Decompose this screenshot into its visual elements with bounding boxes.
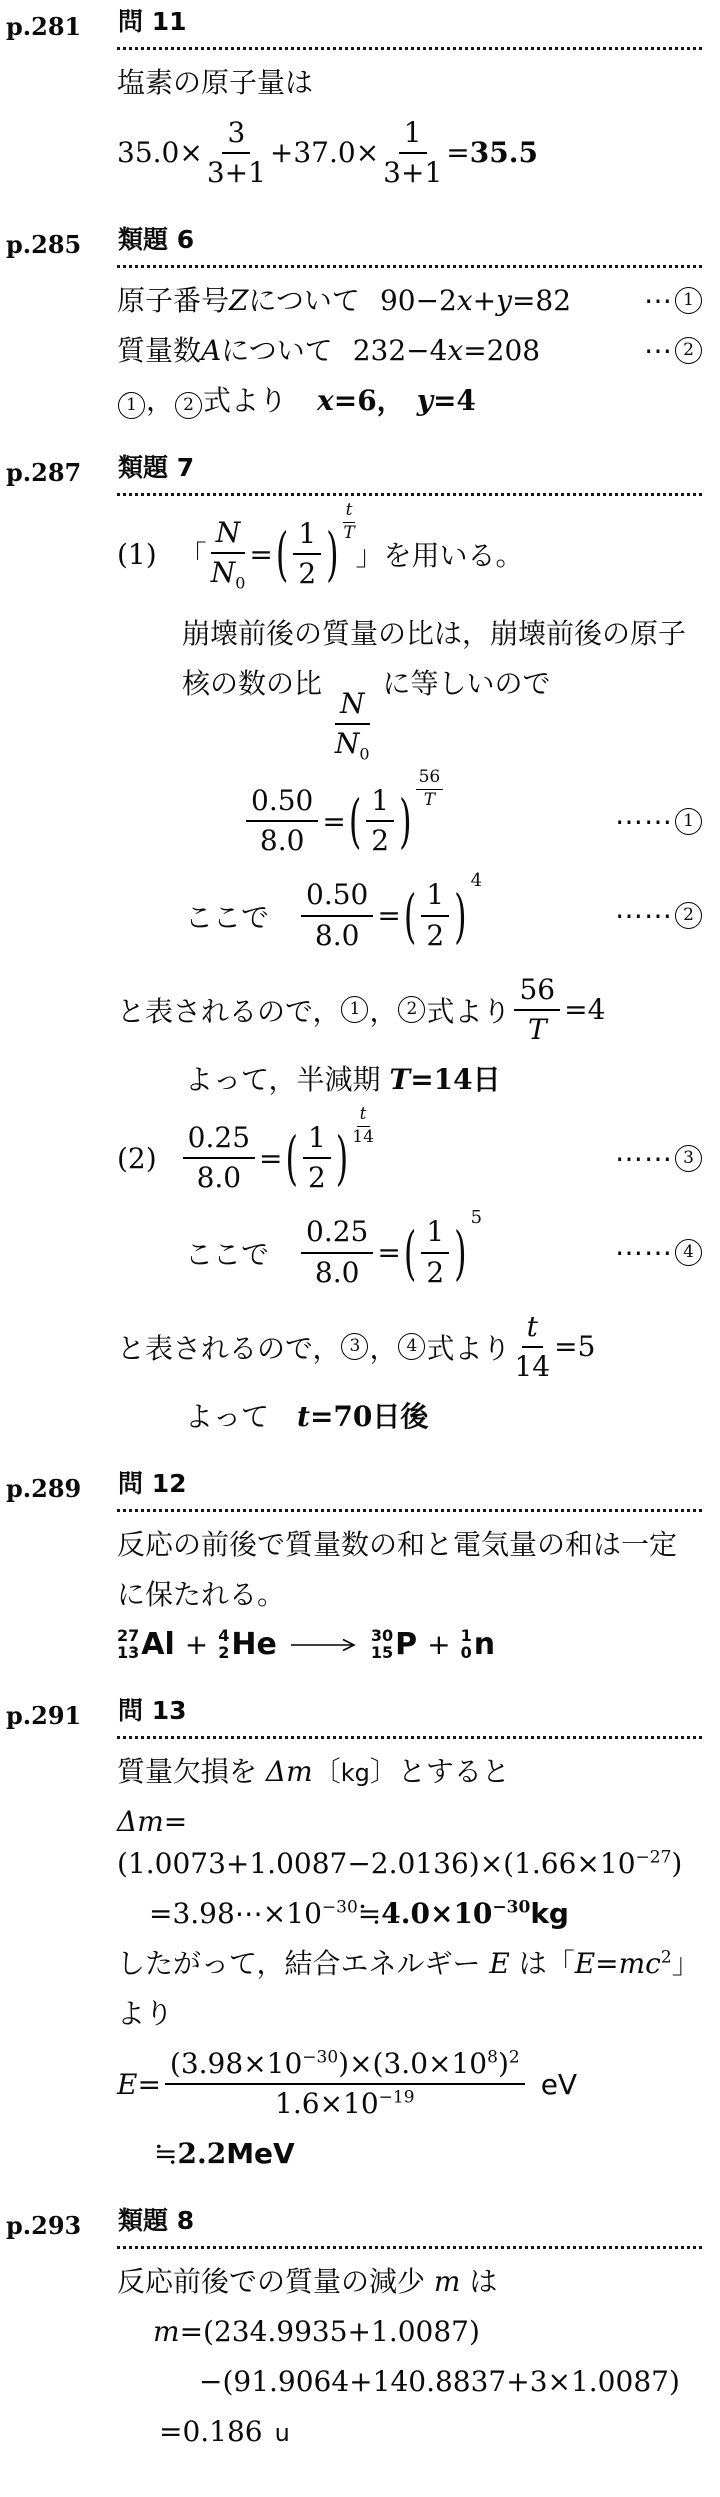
math-term: =5 (554, 1330, 595, 1363)
solution-text: 核の数の比 NN0 に等しいので (182, 663, 702, 764)
denominator: T (528, 1011, 547, 1047)
conclusion-row: 1 ， 2 式より x =6， y =4 (117, 380, 702, 422)
denominator: 8.0 (260, 822, 305, 858)
variable: Δm (117, 1805, 164, 1838)
math-term: =(1.0073+1.0087−2.0136)×(1.66×10 (117, 1805, 636, 1880)
variable: m (153, 2315, 180, 2348)
numerator: 0.25 (301, 1215, 373, 1253)
fraction: 0.25 8.0 (301, 1215, 373, 1289)
denominator: 2 (426, 1254, 444, 1290)
math-term: =82 (512, 280, 571, 322)
circled-number: 4 (398, 1333, 425, 1360)
numerator: N (211, 516, 246, 554)
denominator: 3+1 (383, 154, 442, 190)
denominator: 14 (352, 1127, 374, 1148)
section-p291: p.291 問 13 質量欠損を Δm〔kg〕とすると Δm=(1.0073+1… (0, 1697, 712, 2183)
numerator: 1 (421, 878, 449, 916)
leader-dots: ⋯⋯ (615, 805, 673, 838)
answer-unit: 日 (473, 1063, 501, 1096)
leader-dots: ⋯⋯ (615, 899, 673, 932)
jp-text: と表されるので， (117, 1327, 340, 1367)
fraction: t 14 (514, 1310, 550, 1384)
answer-value: =70 (310, 1400, 372, 1433)
math-line: −(91.9064+140.8837+3×1.0087) (199, 2361, 702, 2403)
jp-text: について (221, 330, 332, 372)
element-symbol: He (231, 1628, 276, 1661)
numerator: 0.50 (301, 878, 373, 916)
math-term: ) (498, 2047, 509, 2080)
numerator: t (357, 1105, 370, 1127)
jp-text: 〔 (313, 1755, 341, 1788)
plus-sign: + (427, 1628, 450, 1661)
math-term: 35.0× (117, 136, 203, 169)
fraction: 1 2 (421, 878, 449, 952)
problem-title: 類題 7 (117, 454, 702, 496)
nuclide-numbers: 27 13 (117, 1628, 139, 1662)
jp-text: ， (146, 380, 174, 422)
answer-unit: MeV (226, 2137, 295, 2170)
variable: x (457, 280, 473, 322)
jp-text: に等しいので (374, 667, 551, 700)
equation-number: ⋯⋯ 4 (615, 1236, 702, 1269)
section-body: 類題 6 原子番号 Z について 90−2 x + y =82 ⋯ 1 (117, 226, 712, 430)
fraction: 0.50 8.0 (246, 784, 318, 858)
solutions-page: p.281 問 11 塩素の原子量は 35.0× 3 3+1 +37.0× 1 … (0, 0, 720, 2497)
problem-title: 問 13 (117, 1697, 702, 1739)
atomic-number: 13 (117, 1645, 139, 1662)
approx-sign: ≒ (358, 1897, 381, 1930)
left-paren: ( (403, 1224, 417, 1282)
reaction-arrow-icon (291, 1638, 357, 1652)
unit: eV (541, 2068, 577, 2101)
leader-dots: ⋯⋯ (615, 1236, 673, 1269)
math-term: = (322, 805, 345, 838)
denominator: 1.6×10−19 (275, 2085, 415, 2121)
section-body: 類題 7 (1) 「 N N0 = ( 1 2 ) (117, 454, 712, 1446)
right-paren: ) (325, 525, 339, 583)
section-p285: p.285 類題 6 原子番号 Z について 90−2 x + y =82 ⋯ … (0, 226, 712, 430)
fraction: NN0 (335, 687, 370, 764)
power-expression: ( 1 2 ) 5 (403, 1215, 482, 1289)
jp-text: 〕とすると (370, 1755, 510, 1788)
denominator: N0 (211, 554, 246, 593)
fraction: 1 2 (366, 784, 394, 858)
variable: y (496, 280, 512, 322)
jp-text: したがって，結合エネルギー (117, 1947, 489, 1980)
exponent: 4 (471, 870, 482, 891)
power-expression: ( 1 2 ) 56 T (348, 784, 443, 858)
equation-row: 原子番号 Z について 90−2 x + y =82 ⋯ 1 (117, 280, 702, 322)
math-term: 232−4 (353, 330, 448, 372)
math-term: = (446, 136, 469, 169)
equation-number: ⋯⋯ 3 (615, 1142, 702, 1175)
page-ref: p.291 (0, 1697, 117, 2183)
subscript: 0 (235, 573, 245, 592)
nuclide-numbers: 30 15 (371, 1628, 393, 1662)
problem-title: 問 12 (117, 1470, 702, 1512)
mass-number: 4 (218, 1628, 229, 1645)
math-term: =0.186 (159, 2415, 263, 2448)
fraction: N N0 (211, 516, 246, 593)
numerator: (3.98×10−30)×(3.0×108)2 (165, 2047, 525, 2085)
denominator: T (424, 790, 435, 811)
jp-text: よって (185, 1400, 269, 1433)
left-paren: ( (275, 525, 289, 583)
jp-text: 式より (426, 990, 510, 1030)
exponent: 2 (509, 2048, 520, 2068)
variable: m (434, 2265, 461, 2298)
circled-number: 1 (675, 287, 702, 314)
jp-text: 式より (426, 1327, 510, 1367)
math-term: = (259, 1142, 282, 1175)
numerator: t (522, 1310, 543, 1348)
part-label: (2) (117, 1142, 157, 1175)
jp-text: は (460, 2265, 497, 2298)
left-paren: ( (284, 1129, 298, 1187)
nuclide-numbers: 4 2 (218, 1628, 229, 1662)
plus-sign: + (185, 1628, 208, 1661)
fraction: 1 2 (303, 1121, 331, 1195)
variable: x (447, 330, 463, 372)
section-body: 問 13 質量欠損を Δm〔kg〕とすると Δm=(1.0073+1.0087−… (117, 1697, 712, 2183)
math-term: (3.98×10 (170, 2047, 302, 2080)
answer-value: 2.2 (177, 2137, 226, 2170)
math-term: +37.0× (270, 136, 379, 169)
equation-left: 原子番号 Z について 90−2 x + y =82 (117, 280, 571, 322)
circled-number: 3 (341, 1333, 368, 1360)
equation-left: (2) 0.25 8.0 = ( 1 2 ) t (117, 1121, 374, 1195)
answer-row: よって，半減期 T=14日 (185, 1059, 702, 1101)
math-term: 90−2 (380, 280, 457, 322)
math-term: =4 (564, 993, 605, 1026)
math-line: =3.98⋯×10−30≒4.0×10−30kg (149, 1893, 702, 1935)
variable: mc (619, 1947, 661, 1980)
equation-row: (2) 0.25 8.0 = ( 1 2 ) t (117, 1121, 702, 1195)
variable: N (335, 727, 360, 760)
jp-text: 「 (179, 534, 207, 574)
leader-dots: ⋯ (644, 280, 673, 322)
numerator: 0.50 (246, 784, 318, 822)
fraction: 1 2 (293, 517, 321, 591)
equation-row: ここで 0.25 8.0 = ( 1 2 ) 5 (117, 1215, 702, 1289)
denominator: N0 (335, 725, 370, 764)
fraction: 1 3+1 (383, 116, 442, 190)
numerator: 1 (303, 1121, 331, 1159)
numerator: 3 (222, 116, 250, 154)
atomic-number: 0 (461, 1645, 472, 1662)
circled-number: 1 (118, 392, 145, 419)
solution-text: したがって，結合エネルギー E は「E=mc2」 (117, 1943, 702, 1985)
section-p287: p.287 類題 7 (1) 「 N N0 = ( 1 2 ) (0, 454, 712, 1446)
variable: A (201, 330, 221, 372)
solution-text: より (117, 1993, 702, 2035)
exponent: 8 (487, 2048, 498, 2068)
math-term: = (137, 2068, 160, 2101)
jp-text: ， (369, 1327, 397, 1367)
math-term: = (249, 538, 272, 571)
numerator: 1 (399, 116, 427, 154)
right-paren: ) (398, 792, 412, 850)
denominator: 2 (298, 555, 316, 591)
math-term: 1.6×10 (275, 2087, 379, 2120)
approx-sign: ≒ (154, 2137, 177, 2170)
solution-text: 崩壊前後の質量の比は，崩壊前後の原子 (182, 613, 702, 655)
page-ref: p.285 (0, 226, 117, 430)
unit: kg (341, 1759, 370, 1787)
nuclear-reaction-equation: 27 13 Al + 4 2 He 30 15 P (117, 1628, 702, 1662)
power-expression: ( 1 2 ) t T (275, 517, 356, 591)
jp-text: 核の数の比 (182, 667, 331, 700)
variable: E (489, 1947, 509, 1980)
variable: N (211, 556, 236, 589)
variable: Δm (266, 1755, 313, 1788)
solution-text: 塩素の原子量は (117, 62, 702, 104)
math-term: =208 (463, 330, 540, 372)
section-p293: p.293 類題 8 反応前後での質量の減少 m は m=(234.9935+1… (0, 2207, 712, 2461)
equation-left: 質量数 A について 232−4 x =208 (117, 330, 540, 372)
variable: T (389, 1063, 410, 1096)
variable: Z (229, 280, 248, 322)
nuclide-numbers: 1 0 (461, 1628, 472, 1662)
exponent: −30 (492, 1898, 530, 1918)
denominator: 14 (514, 1348, 550, 1384)
variable: E (117, 2068, 137, 2101)
denominator: 8.0 (315, 1254, 360, 1290)
jp-text: 原子番号 (117, 280, 229, 322)
exponent: −30 (302, 2048, 338, 2068)
page-ref: p.287 (0, 454, 117, 1446)
exponent: −27 (636, 1848, 672, 1868)
problem-title: 類題 6 (117, 226, 702, 268)
page-ref: p.289 (0, 1470, 117, 1673)
jp-text: は「 (510, 1947, 575, 1980)
answer-row: =0.186u (159, 2411, 702, 2453)
right-paren: ) (335, 1129, 349, 1187)
equation-left: 0.50 8.0 = ( 1 2 ) 56 T (242, 784, 443, 858)
answer-row: よってt=70日後 (185, 1396, 702, 1438)
fraction: 1 2 (421, 1215, 449, 1289)
part1-statement: (1) 「 N N0 = ( 1 2 ) t T (117, 516, 702, 593)
right-paren: ) (453, 1224, 467, 1282)
answer-value: =14 (410, 1063, 472, 1096)
answer-value: =6， (334, 380, 405, 422)
section-body: 問 11 塩素の原子量は 35.0× 3 3+1 +37.0× 1 3+1 = … (117, 8, 712, 202)
equation-number: ⋯ 2 (644, 330, 702, 372)
jp-text: ， (369, 990, 397, 1030)
answer-unit: kg (530, 1897, 569, 1930)
subscript: 0 (359, 745, 369, 764)
section-body: 類題 8 反応前後での質量の減少 m は m=(234.9935+1.0087)… (117, 2207, 712, 2461)
section-p281: p.281 問 11 塩素の原子量は 35.0× 3 3+1 +37.0× 1 … (0, 8, 712, 202)
element-symbol: Al (141, 1628, 175, 1661)
equation-number: ⋯⋯ 2 (615, 899, 702, 932)
denominator: 2 (308, 1159, 326, 1195)
solution-text: 反応の前後で質量数の和と電気量の和は一定 (117, 1524, 702, 1566)
math-term: + (473, 280, 496, 322)
left-paren: ( (348, 792, 362, 850)
exponent: −30 (322, 1898, 358, 1918)
numerator: 1 (366, 784, 394, 822)
part-label: (1) (117, 538, 157, 571)
circled-number: 1 (341, 996, 368, 1023)
page-ref: p.281 (0, 8, 117, 202)
power-expression: ( 1 2 ) 4 (403, 878, 482, 952)
denominator: 3+1 (207, 154, 266, 190)
numerator: 56 (416, 768, 444, 790)
solution-text: に保たれる。 (117, 1574, 702, 1616)
variable: y (417, 380, 433, 422)
leader-dots: ⋯ (644, 330, 673, 372)
fraction: 3 3+1 (207, 116, 266, 190)
equation-row: 0.50 8.0 = ( 1 2 ) 56 T (117, 784, 702, 858)
circled-number: 2 (398, 996, 425, 1023)
atomic-number: 15 (371, 1645, 393, 1662)
math-term: )×(3.0×10 (338, 2047, 487, 2080)
jp-text: 」 (672, 1947, 700, 1980)
fraction: 0.50 8.0 (301, 878, 373, 952)
mass-number: 27 (117, 1628, 139, 1645)
page-ref: p.293 (0, 2207, 117, 2461)
numerator: t (343, 501, 356, 523)
conclusion-row: と表されるので， 3 ， 4 式より t 14 =5 (117, 1310, 702, 1384)
variable: x (317, 380, 334, 422)
answer-value: 4.0×10 (381, 1897, 492, 1930)
element-symbol: n (474, 1628, 495, 1661)
section-body: 問 12 反応の前後で質量数の和と電気量の和は一定 に保たれる。 27 13 A… (117, 1470, 712, 1673)
numerator: 1 (421, 1215, 449, 1253)
power-expression: ( 1 2 ) t 14 (284, 1121, 373, 1195)
jp-text: 反応前後での質量の減少 (117, 2265, 434, 2298)
denominator: 8.0 (197, 1159, 242, 1195)
numerator: 56 (514, 973, 560, 1011)
formula-atomic-mass: 35.0× 3 3+1 +37.0× 1 3+1 = 35.5 (117, 116, 702, 190)
mass-number: 1 (461, 1628, 472, 1645)
problem-title: 問 11 (117, 8, 702, 50)
math-term: =3.98⋯×10 (149, 1897, 322, 1930)
variable: t (297, 1400, 310, 1433)
jp-text: 」を用いる。 (355, 534, 523, 574)
leader-dots: ⋯⋯ (615, 1142, 673, 1175)
denominator: 8.0 (315, 917, 360, 953)
denominator: 2 (426, 917, 444, 953)
answer-value: 35.5 (470, 136, 538, 169)
denominator: T (343, 523, 354, 544)
fraction: (3.98×10−30)×(3.0×108)2 1.6×10−19 (165, 2047, 525, 2121)
exponent-fraction: 56 T (416, 768, 444, 810)
denominator: 2 (371, 822, 389, 858)
math-term: ) (671, 1847, 682, 1880)
jp-text: と表されるので， (117, 990, 340, 1030)
math-line: m=(234.9935+1.0087) (153, 2311, 702, 2353)
answer-unit: 日後 (372, 1400, 428, 1433)
circled-number: 1 (675, 808, 702, 835)
equation-left: ここで 0.25 8.0 = ( 1 2 ) 5 (185, 1215, 482, 1289)
circled-number: 2 (175, 392, 202, 419)
equation-row: ここで 0.50 8.0 = ( 1 2 ) 4 (117, 878, 702, 952)
answer-value: =4 (433, 380, 476, 422)
circled-number: 4 (675, 1239, 702, 1266)
math-line: Δm=(1.0073+1.0087−2.0136)×(1.66×10−27) (117, 1801, 702, 1885)
jp-text: 質量数 (117, 330, 201, 372)
solution-text: 反応前後での質量の減少 m は (117, 2261, 702, 2303)
jp-text: ここで (185, 896, 269, 936)
exponent-fraction: t T (343, 501, 356, 543)
fraction: 56 T (514, 973, 560, 1047)
exponent: 2 (661, 1948, 672, 1968)
equation-number: ⋯ 1 (644, 280, 702, 322)
jp-text: よって，半減期 (185, 1063, 389, 1096)
math-term: = (595, 1947, 618, 1980)
jp-text: ここで (185, 1233, 269, 1273)
unit: u (275, 2419, 290, 2447)
mass-number: 30 (371, 1628, 393, 1645)
element-symbol: P (395, 1628, 417, 1661)
exponent: −19 (379, 2088, 415, 2108)
left-paren: ( (403, 887, 417, 945)
jp-text: について (248, 280, 359, 322)
jp-text: 式より (203, 380, 287, 422)
jp-text: 質量欠損を (117, 1755, 266, 1788)
answer-row: ≒2.2MeV (154, 2133, 702, 2175)
numerator: 0.25 (183, 1121, 255, 1159)
conclusion-row: と表されるので， 1 ， 2 式より 56 T =4 (117, 973, 702, 1047)
equation-left: ここで 0.50 8.0 = ( 1 2 ) 4 (185, 878, 482, 952)
problem-title: 類題 8 (117, 2207, 702, 2249)
equation-row: 質量数 A について 232−4 x =208 ⋯ 2 (117, 330, 702, 372)
math-term: =(234.9935+1.0087) (180, 2315, 480, 2348)
section-p289: p.289 問 12 反応の前後で質量数の和と電気量の和は一定 に保たれる。 2… (0, 1470, 712, 1673)
circled-number: 2 (675, 337, 702, 364)
math-term: = (377, 899, 400, 932)
exponent: 5 (471, 1207, 482, 1228)
energy-equation: E = (3.98×10−30)×(3.0×108)2 1.6×10−19 eV (117, 2047, 702, 2121)
atomic-number: 2 (218, 1645, 229, 1662)
circled-number: 2 (675, 902, 702, 929)
numerator: N (335, 687, 370, 725)
equation-number: ⋯⋯ 1 (615, 805, 702, 838)
circled-number: 3 (675, 1145, 702, 1172)
solution-text: 質量欠損を Δm〔kg〕とすると (117, 1751, 702, 1793)
numerator: 1 (293, 517, 321, 555)
variable: E (575, 1947, 595, 1980)
right-paren: ) (453, 887, 467, 945)
exponent-fraction: t 14 (352, 1105, 374, 1147)
math-term: = (377, 1236, 400, 1269)
fraction: 0.25 8.0 (183, 1121, 255, 1195)
